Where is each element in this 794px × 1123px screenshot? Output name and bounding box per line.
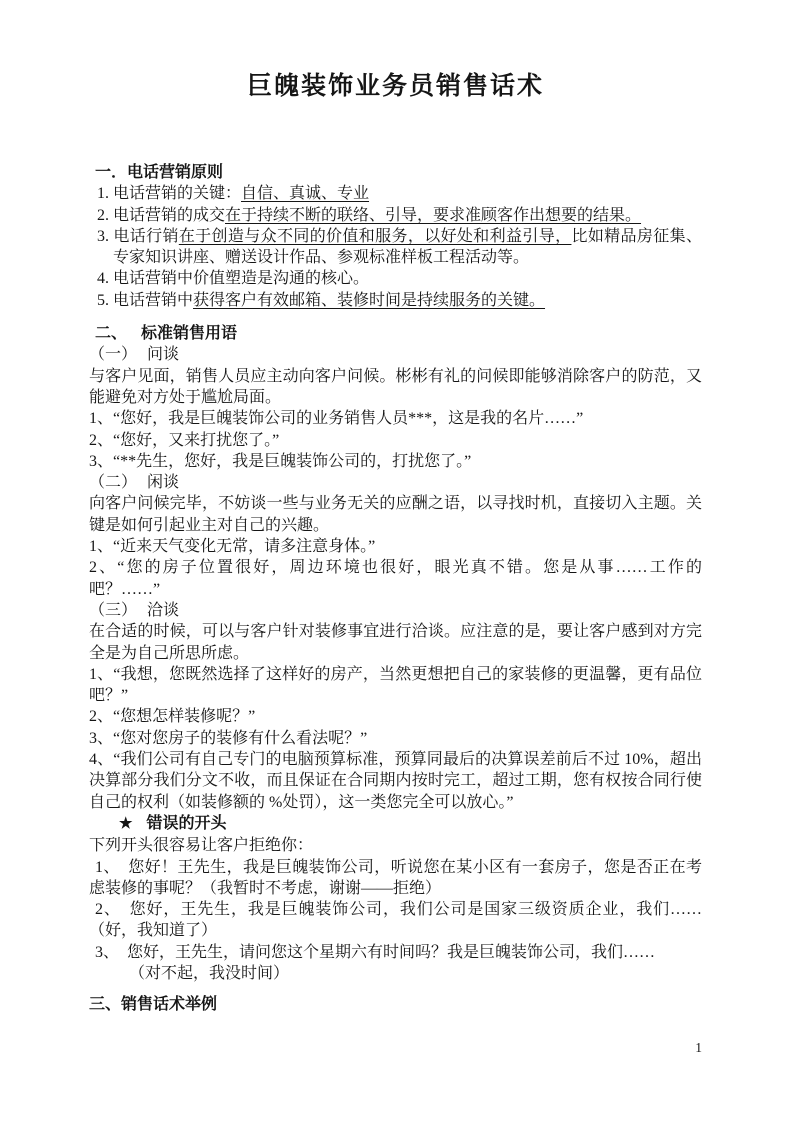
- list-item-phone-principle-2: 2.电话营销的成交在于持续不断的联络、引导，要求准顾客作出想要的结果。: [89, 205, 702, 226]
- wrong-openings-heading: ★错误的开头: [89, 813, 702, 835]
- quote-line: 2、“您的房子位置很好，周边环境也很好，眼光真不错。您是从事……工作的吧？……”: [89, 557, 702, 600]
- star-icon: ★: [119, 816, 132, 832]
- wrong-item-text: 您好，王先生，我是巨魄装饰公司，我们公司是国家三级资质企业，我们……: [129, 901, 702, 918]
- quote-line: 4、“我们公司有自己专门的电脑预算标准，预算同最后的决算误差前后不过 10%，超…: [89, 749, 702, 813]
- paragraph-greeting-intro: 与客户见面，销售人员应主动向客户问候。彬彬有礼的问候即能够消除客户的防范，又能避…: [89, 366, 702, 409]
- item-number: 2.: [89, 205, 113, 226]
- subsection-1-number: （一）: [89, 346, 137, 363]
- list-item-text: 电话行销在于创造与众不同的价值和服务，以好处和利益引导，比如精品房征集、专家知识…: [113, 228, 702, 266]
- item-number: 2、: [95, 901, 121, 918]
- item-number: 1、: [95, 859, 120, 876]
- list-item-phone-principle-3: 3.电话行销在于创造与众不同的价值和服务，以好处和利益引导，比如精品房征集、专家…: [89, 226, 702, 269]
- item-number: 4.: [89, 268, 113, 289]
- list-item-phone-principle-1: 1.电话营销的关键：自信、真诚、专业: [89, 183, 702, 204]
- subsection-3-number: （三）: [89, 602, 137, 619]
- subsection-3-title: 洽谈: [147, 602, 179, 619]
- item-number: 3、: [95, 944, 119, 961]
- quote-line: 2、“您想怎样装修呢？”: [89, 706, 702, 727]
- section-1-heading: 一．电话营销原则: [89, 162, 702, 183]
- subsection-2-title: 闲谈: [147, 474, 179, 491]
- section-3-heading: 三、销售话术举例: [89, 994, 702, 1015]
- quote-line: 2、“您好，又来打扰您了。”: [89, 430, 702, 451]
- quote-line: 1、“我想，您既然选择了这样好的房产，当然更想把自己的家装修的更温馨，更有品位吧…: [89, 664, 702, 707]
- item-number: 5.: [89, 290, 113, 311]
- subsection-3-label: （三）洽谈: [89, 600, 702, 621]
- quote-line: 1、“近来天气变化无常，请多注意身体。”: [89, 536, 702, 557]
- wrong-opening-item-2: 2、您好，王先生，我是巨魄装饰公司，我们公司是国家三级资质企业，我们……: [89, 899, 702, 920]
- document-title: 巨魄装饰业务员销售话术: [89, 0, 702, 104]
- rejection-note: （好，我知道了）: [89, 920, 702, 941]
- wrong-openings-title: 错误的开头: [146, 815, 226, 832]
- section-2-heading: 二、标准销售用语: [89, 323, 702, 344]
- page-number: 1: [695, 1040, 702, 1056]
- wrong-item-text: 您好！王先生，我是巨魄装饰公司，听说您在某小区有一套房子，您是否正在考虑装修的事…: [89, 859, 702, 897]
- paragraph-negotiation-intro: 在合适的时候，可以与客户针对装修事宜进行洽谈。应注意的是，要让客户感到对方完全是…: [89, 621, 702, 664]
- rejection-note: （对不起，我没时间）: [89, 963, 702, 984]
- quote-line: 3、“您对您房子的装修有什么看法呢？”: [89, 728, 702, 749]
- list-item-text: 电话营销中获得客户有效邮箱、装修时间是持续服务的关键。: [113, 292, 545, 309]
- wrong-openings-intro: 下列开头很容易让客户拒绝你：: [89, 835, 702, 856]
- list-item-text: 电话营销中价值塑造是沟通的核心。: [113, 270, 369, 287]
- section-2-number: 二、: [95, 325, 127, 342]
- wrong-opening-item-3: 3、您好，王先生，请问您这个星期六有时间吗？我是巨魄装饰公司，我们……: [89, 942, 702, 963]
- wrong-item-text: 您好，王先生，请问您这个星期六有时间吗？我是巨魄装饰公司，我们……: [127, 944, 655, 961]
- page-content: 巨魄装饰业务员销售话术 一．电话营销原则 1.电话营销的关键：自信、真诚、专业 …: [0, 0, 794, 1016]
- list-item-text: 电话营销的成交在于持续不断的联络、引导，要求准顾客作出想要的结果。: [113, 207, 641, 224]
- item-number: 3.: [89, 226, 113, 247]
- quote-line: 3、“**先生，您好，我是巨魄装饰公司的，打扰您了。”: [89, 451, 702, 472]
- subsection-1-title: 问谈: [147, 346, 179, 363]
- paragraph-smalltalk-intro: 向客户问候完毕，不妨谈一些与业务无关的应酬之语，以寻找时机，直接切入主题。关键是…: [89, 493, 702, 536]
- wrong-opening-item-1: 1、您好！王先生，我是巨魄装饰公司，听说您在某小区有一套房子，您是否正在考虑装修…: [89, 857, 702, 900]
- subsection-1-label: （一）问谈: [89, 344, 702, 365]
- subsection-2-label: （二）闲谈: [89, 472, 702, 493]
- list-item-phone-principle-4: 4.电话营销中价值塑造是沟通的核心。: [89, 268, 702, 289]
- list-item-text: 电话营销的关键：自信、真诚、专业: [113, 185, 369, 202]
- item-number: 1.: [89, 183, 113, 204]
- section-2-title: 标准销售用语: [141, 325, 237, 342]
- list-item-phone-principle-5: 5.电话营销中获得客户有效邮箱、装修时间是持续服务的关键。: [89, 290, 702, 311]
- document-page: { "colors": { "text": "#151515", "backgr…: [0, 0, 794, 1123]
- subsection-2-number: （二）: [89, 474, 137, 491]
- quote-line: 1、“您好，我是巨魄装饰公司的业务销售人员***，这是我的名片……”: [89, 408, 702, 429]
